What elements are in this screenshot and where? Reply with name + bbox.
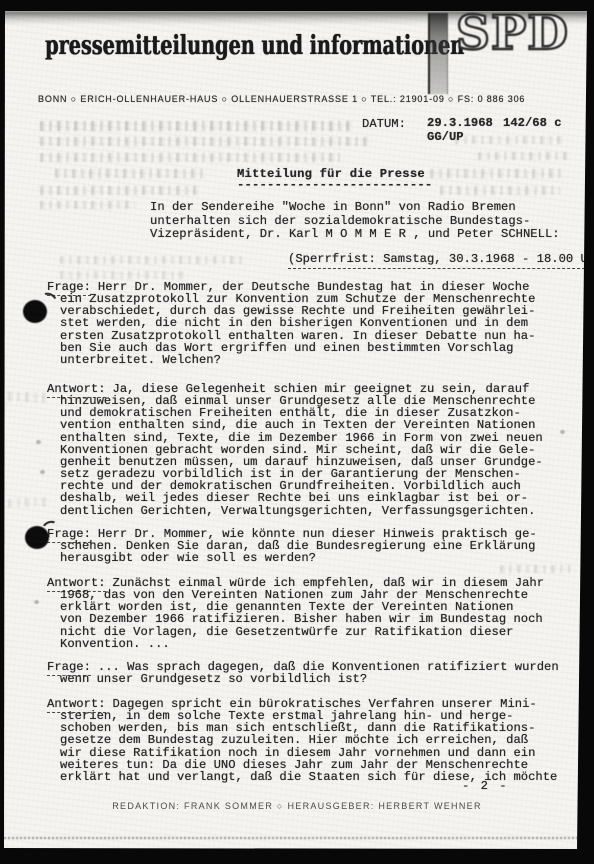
spd-logo-bar [428,13,448,94]
embargo-note: (Sperrfrist: Samstag, 30.3.1968 - 18.00 … [288,252,594,266]
bleed-through-smudge [8,497,48,507]
answer-text: Ja, diese Gelegenheit schien mir geeigne… [60,382,543,518]
embargo-text: (Sperrfrist: Samstag, 30.3.1968 - 18.00 … [288,252,594,269]
bleed-through-smudge [40,121,352,131]
datum-value: 29.3.1968 [427,116,493,130]
answer-block-3: Antwort:Dagegen spricht ein bürokratisch… [47,698,594,783]
spd-logo: SPD [456,6,569,61]
bleed-through-smudge [40,153,340,162]
scan-artifact-dotted-line [4,837,582,839]
scan-speck [560,430,565,434]
scan-speck [36,440,41,444]
intro-paragraph: In der Sendereihe "Woche in Bonn" von Ra… [150,201,590,242]
bleed-through-smudge [440,186,560,195]
question-block-2: Frage:Herr Dr. Mommer, wie könnte nun di… [47,528,594,564]
question-text: Herr Dr. Mommer, wie könnte nun dieser H… [60,527,537,565]
bleed-through-smudge [478,152,570,160]
address-line: BONN ○ ERICH-OLLENHAUER-HAUS ○ OLLENHAUE… [38,94,525,104]
bleed-through-smudge [500,565,570,573]
scan-speck [34,600,39,604]
bleed-through-smudge [40,186,202,195]
next-page-marker: - 2 - [462,779,509,793]
datum-label: DATUM: [362,117,406,131]
answer-text: Zunächst einmal würde ich empfehlen, daß… [60,576,544,651]
reference-number: 142/68 c [503,116,562,130]
paper-sheet: pressemitteilungen und informationen SPD… [0,0,594,864]
bleed-through-smudge [8,391,46,402]
bleed-through-smudge [40,201,135,209]
question-text: ... Was sprach dagegen, daß die Konventi… [60,660,559,686]
answer-block-2: Antwort:Zunächst einmal würde ich empfeh… [47,577,594,650]
question-block-3: Frage:... Was sprach dagegen, daß die Ko… [47,661,594,685]
answer-text: Dagegen spricht ein bürokratisches Verfa… [60,697,557,784]
question-text: Herr Dr. Mommer, der Deutsche Bundestag … [60,280,535,367]
bleed-through-smudge [40,137,370,146]
scan-speck [40,470,45,474]
scanned-press-release: pressemitteilungen und informationen SPD… [0,0,594,864]
footer-credits: REDAKTION: FRANK SOMMER ○ HERAUSGEBER: H… [0,801,594,811]
bleed-through-smudge [455,136,565,144]
masthead-title: pressemitteilungen und informationen [45,31,464,61]
answer-block-1: Antwort:Ja, diese Gelegenheit schien mir… [47,383,594,517]
bleed-through-smudge [55,169,207,178]
bleed-through-smudge [60,271,185,279]
bleed-through-smudge [60,256,245,264]
question-block-1: Frage:Herr Dr. Mommer, der Deutsche Bund… [47,281,594,366]
bleed-through-smudge [430,169,562,178]
press-title-underline: -------------------------- [237,178,432,192]
